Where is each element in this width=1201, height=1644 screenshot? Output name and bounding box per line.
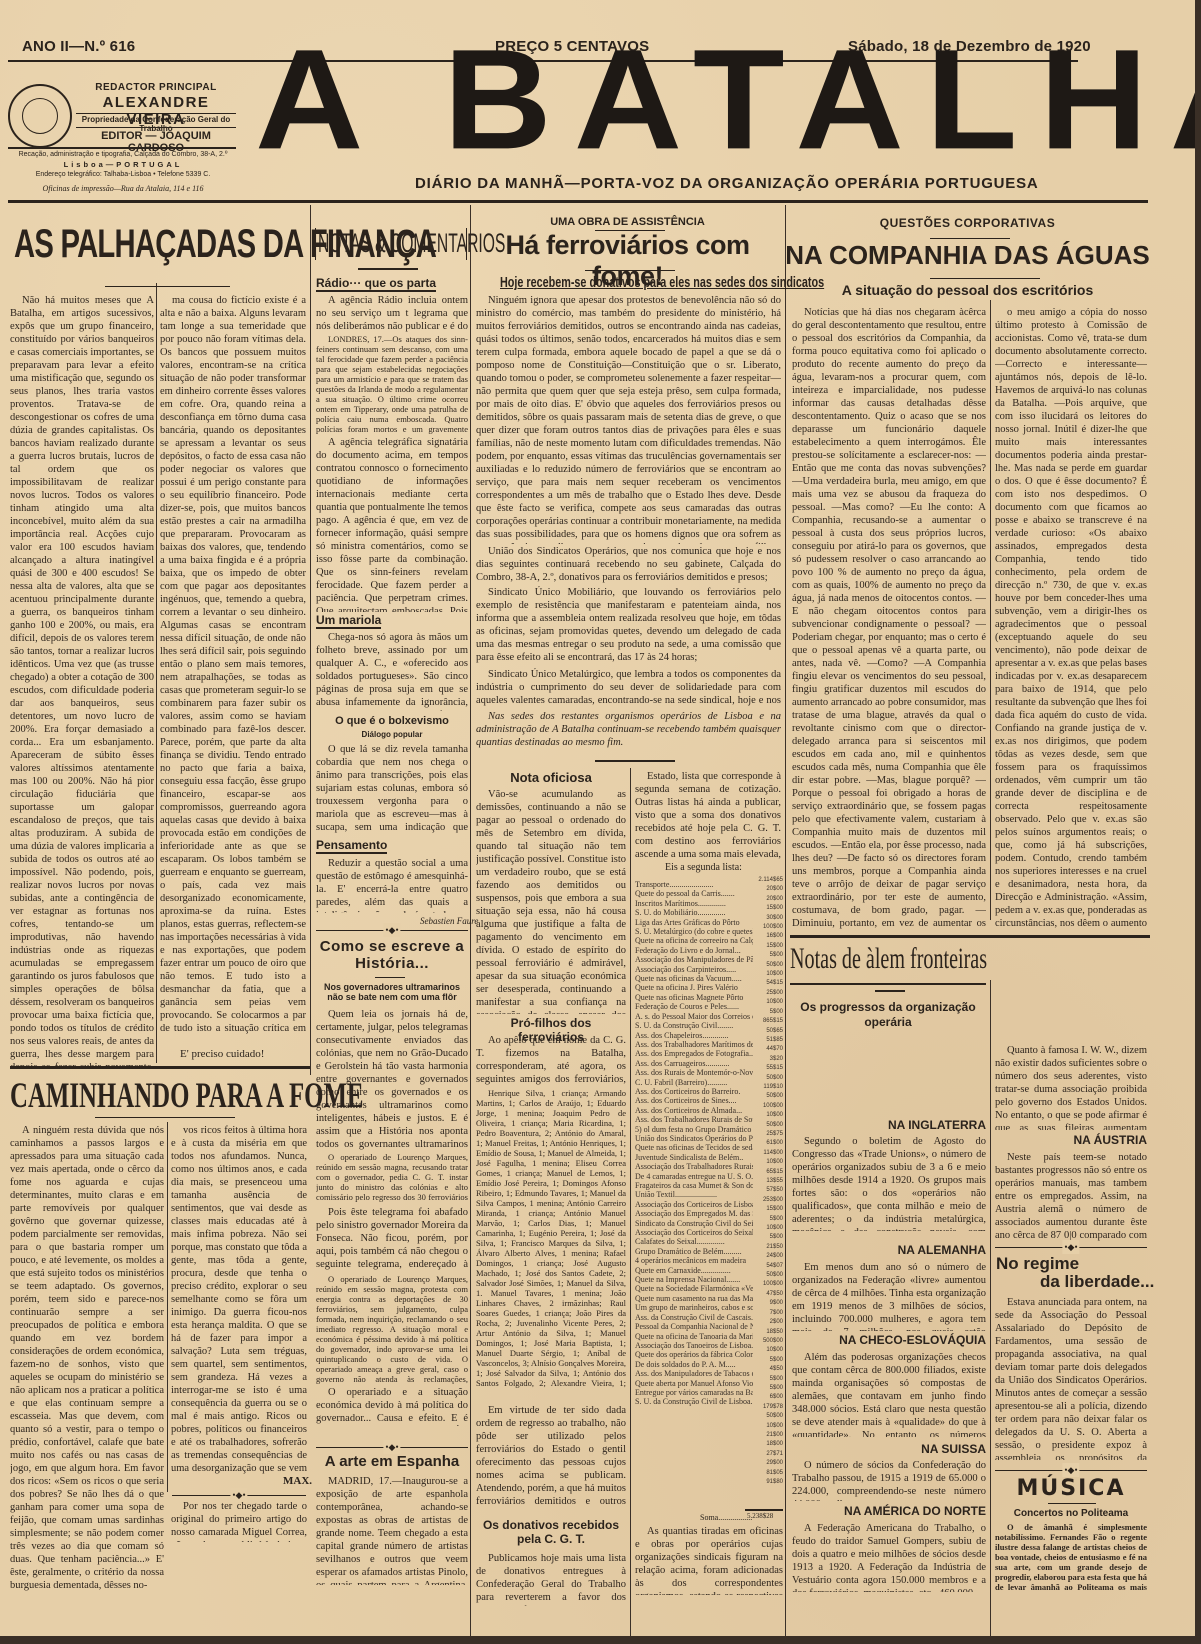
donation-amount: 500$00 [755, 1337, 783, 1346]
newspaper-page: ANO II—N.º 616 PREÇO 5 CENTAVOS Sábado, … [0, 0, 1201, 1644]
column-rule [990, 300, 991, 920]
donation-item: De 4 camaradas entregue na U. S. O. de L… [635, 1172, 753, 1181]
donation-item: Ass. dos Rurais de Montemór-o-Novo......… [635, 1068, 753, 1077]
donation-amount: 5$00 [755, 1008, 783, 1017]
donation-amount: 253$00 [755, 1196, 783, 1205]
donation-amount: 15$00 [755, 904, 783, 913]
donation-item: Ass. dos Corticeiros do Barreiro. [635, 1087, 753, 1096]
donation-amount: 57$50 [755, 1186, 783, 1195]
tagline: DIÁRIO DA MANHÃ—PORTA-VOZ DA ORGANIZAÇÃO… [415, 175, 1039, 192]
headline-arte: A arte em Espanha [316, 1453, 468, 1470]
austria-heading: NA ÁUSTRIA [995, 1133, 1147, 1147]
ferroviarios-mobiliario: Sindicato Único Mobiliário, que louvando… [476, 586, 781, 666]
donation-amount: 865$15 [755, 1017, 783, 1026]
donation-item: Quete na oficina J. Pires Valério [635, 983, 753, 992]
headline-nota-oficiosa: Nota oficiosa [476, 770, 626, 785]
ornament-divider [172, 1495, 306, 1496]
donation-amount: 51$85 [755, 1036, 783, 1045]
palhacadas-col1: Não há muitos meses que A Batalha, em ar… [10, 294, 154, 1066]
caminhando-signature: MAX. [283, 1475, 312, 1487]
donation-item: Quete do pessoal da Carris....... [635, 889, 753, 898]
country-body-2: Além das poderosas organizações checos q… [792, 1351, 986, 1437]
historia-quote1: O operariado de Lourenço Marques, reúnid… [316, 1152, 468, 1204]
donation-item: Federação de Couros e Peles...... [635, 1002, 753, 1011]
divider [375, 977, 405, 978]
donation-amount: 16$00 [755, 932, 783, 941]
donation-amount: 25$75 [755, 1130, 783, 1139]
mariola-body: Chega-nos só agora às mãos um folheto br… [316, 631, 468, 711]
newspaper-title: A BATALHA [255, 35, 1135, 163]
donation-amount: 9$00 [755, 1299, 783, 1308]
donation-amount: 119$10 [755, 1083, 783, 1092]
pensamento-heading: Pensamento [316, 838, 387, 854]
donation-amount: 20$00 [755, 895, 783, 904]
donation-amount: 50$00 [755, 1121, 783, 1130]
pensamento-signature: Sebastien Faure [420, 916, 478, 926]
ferroviarios-kicker: UMA OBRA DE ASSISTÊNCIA [470, 216, 785, 228]
donation-item: Quete na oficina de correeiro na Calçada… [635, 936, 753, 945]
donation-item: Federação do Livro e do Jornal... [635, 946, 753, 955]
donation-item: Associação dos Trabalhadores Rurais de C… [635, 1162, 753, 1171]
donation-amount: 15$00 [755, 1205, 783, 1214]
headline-aguas: NA COMPANHIA DAS ÁGUAS [785, 240, 1150, 271]
column-rule [156, 283, 157, 1063]
telegraph: Endereço telegráfico: Talhaba-Lisboa • T… [8, 171, 238, 178]
sum-value: 5.238$28 [747, 1512, 773, 1520]
donation-amount: 50$65 [755, 1027, 783, 1036]
issue-number: ANO II—N.º 616 [22, 38, 135, 55]
donation-item: Inscritos Marítimos.............. [635, 899, 753, 908]
donation-item: Juventude Sindicalista de Belém.. [635, 1153, 753, 1162]
donation-amount: 18$50 [755, 1328, 783, 1337]
donation-item: Associação dos Corticeiros do Seixal....… [635, 1228, 753, 1237]
divider [930, 238, 1010, 239]
donativos-body: Publicamos hoje mais uma lista de donati… [476, 1552, 626, 1606]
donation-amount: 6$00 [755, 1393, 783, 1402]
donation-amount: 100$00 [755, 1280, 783, 1289]
donation-amount: 50$00 [755, 1074, 783, 1083]
donation-item: Liga das Artes Gráficas do Pôrto [635, 918, 753, 927]
country-body-1: Em menos dum ano só o número de organiza… [792, 1261, 986, 1331]
donation-item: Quete nas oficinas de Tecidos de seda...… [635, 1143, 753, 1152]
donation-amount: 5$00 [755, 1384, 783, 1393]
headline-fronteiras: Notas de àlem fronteiras [790, 942, 987, 976]
divider [595, 760, 675, 762]
lista-after: As quantias tiradas em oficinas e obras … [635, 1525, 783, 1595]
ornament-divider [316, 1447, 468, 1448]
donation-item: Quete num casamento na rua das Madres...… [635, 1294, 753, 1303]
donation-item: Quete na Imprensa Nacional....... [635, 1275, 753, 1284]
divider [585, 270, 675, 271]
donation-item: Quete nas oficinas Magnete Pôrto [635, 993, 753, 1002]
headline-liberdade-1: No regime [996, 1254, 1079, 1274]
column-rule [990, 980, 991, 1644]
donation-amount: 10$00 [755, 1158, 783, 1167]
musica-body: O de âmanhã é simplesmente notabilíssimo… [995, 1522, 1147, 1592]
divider [10, 1066, 310, 1069]
headline-caminhando: CAMINHANDO PARA A FOME [10, 1074, 364, 1116]
ferroviarios-subhead: Hoje recebem-se donativos para eles nas … [500, 274, 824, 291]
palhacadas-col2: ma cousa do fictício existe é a alta e n… [160, 294, 306, 1034]
historia-subhead: Nos governadores ultramarinos não se bat… [316, 982, 468, 1002]
donation-item: União Textil..................... [635, 1190, 753, 1199]
donation-item: Entregue por vários camaradas na Batalha… [635, 1388, 753, 1397]
donation-item: C. U. Fabril (Barreiro).......... [635, 1078, 753, 1087]
donation-item: Grupo Dramático de Belém......... [635, 1247, 753, 1256]
aguas-col1: Notícias que há dias nos chegaram àcêrca… [792, 306, 986, 930]
headline-historia: Como se escreve a História... [316, 938, 468, 972]
donation-amount: 7$00 [755, 1309, 783, 1318]
donation-amounts: 2.114$6520$0020$0015$0030$00100$0016$001… [755, 876, 783, 1496]
mariola-heading: Um mariola [316, 613, 381, 629]
aguas-col2: o meu amigo a cópia do nosso último prot… [995, 306, 1147, 930]
ferroviarios-body: Ninguém ignora que apesar dos protestos … [476, 294, 781, 544]
donation-amount: 13$55 [755, 1177, 783, 1186]
donation-amount: 24$00 [755, 1252, 783, 1261]
divider [930, 278, 1040, 279]
ornament-divider [995, 1247, 1147, 1248]
iww-body: Quanto à famosa I. W. W., dizem não exis… [995, 1044, 1147, 1130]
donation-amount: 114$00 [755, 1149, 783, 1158]
historia-body2: Pois êste telegrama foi abafado pelo sin… [316, 1206, 468, 1272]
donation-item: Quete dos operários da fábrica Colonial'… [635, 1350, 753, 1359]
divider [358, 268, 418, 270]
donation-item: Calafates do Seixal.............. [635, 1237, 753, 1246]
donation-amount: 5$00 [755, 1233, 783, 1242]
donation-item: União dos Sindicatos Operários do Pôrto.… [635, 1134, 753, 1143]
divider [76, 113, 236, 114]
caminhando-notice: Por nos ter chegado tarde o original do … [171, 1500, 307, 1542]
donation-item: Associação dos Corticeiros de Lisboa....… [635, 1200, 753, 1209]
print-shop: Oficinas de impressão—Rua da Atalaia, 11… [8, 184, 238, 193]
historia-quote2: O operariado de Lourenço Marques, reúnid… [316, 1274, 468, 1384]
fronteiras-subhead: Os progressos da organização operária [790, 1000, 986, 1030]
donation-amount: 20$00 [755, 885, 783, 894]
musica-subhead: Concertos no Politeama [995, 1508, 1147, 1519]
bolchevismo-title: O que é o bolxevismo [316, 715, 468, 727]
bolchevismo-subtitle: Diálogo popular [316, 730, 468, 739]
country-heading-4: NA AMÉRICA DO NORTE [790, 1504, 986, 1518]
donation-amount: 50$00 [755, 961, 783, 970]
donation-item: De dois soldados do P. A. M..... [635, 1360, 753, 1369]
ferroviarios-metalurgico: Sindicato Único Metalúrgico, que lembra … [476, 668, 781, 708]
divider [875, 990, 905, 992]
headline-donativos: Os donativos recebidos pela C. G. T. [476, 1518, 626, 1546]
pro-filhos-body: Ao apêlo que em nome da C. G. T. fizemos… [476, 1034, 626, 1086]
cgt-seal-icon [8, 84, 72, 148]
donation-item: Associação dos Carpinteiros..... [635, 965, 753, 974]
redactor-label: REDACTOR PRINCIPAL [76, 82, 236, 93]
donation-amount: 50$00 [755, 1412, 783, 1421]
divider [8, 147, 236, 149]
column-rule [785, 205, 786, 1644]
donation-item: 4 operários mecânicos em madeira [635, 1256, 753, 1265]
column-rule [167, 1122, 168, 1492]
divider [105, 286, 230, 287]
divider [95, 1117, 235, 1118]
donation-amount: 50$00 [755, 1092, 783, 1101]
donation-amount: 2$00 [755, 1318, 783, 1327]
palhacadas-closing: E' preciso cuidado! [180, 1048, 264, 1060]
ornament-divider [316, 930, 468, 931]
masthead-rule [8, 200, 1148, 203]
donation-amount: 10$00 [755, 1422, 783, 1431]
column-rule [310, 205, 311, 1075]
radio-body2: A agência telegráfica signatária do docu… [316, 436, 468, 612]
radio-body: A agência Rádio incluia ontem no seu ser… [316, 294, 468, 334]
nota-oficiosa-body: Vão-se acumulando as demissões, continua… [476, 788, 626, 1014]
donation-item: Fragateiros da casa Mumet & Son do Seixa… [635, 1181, 753, 1190]
donation-amount: 4$50 [755, 1365, 783, 1374]
donation-amount: 81$05 [755, 1469, 783, 1478]
arte-body: MADRID, 17.—Inaugurou-se a exposição de … [316, 1475, 468, 1585]
donation-amount: 55$15 [755, 1064, 783, 1073]
donation-amount: 21$00 [755, 1431, 783, 1440]
donation-item: Quete na oficina de Tanoaria da Marinha … [635, 1332, 753, 1341]
donation-item: Ass. dos Chapeleiros............. [635, 1031, 753, 1040]
ferroviarios-closing: Nas sedes dos restantes organismos operá… [476, 710, 781, 750]
donation-amount: 3$20 [755, 1055, 783, 1064]
donation-item: S. U. do Mobiliário.............. [635, 908, 753, 917]
donation-amount: 65$15 [755, 1168, 783, 1177]
donation-item: Quete nas oficinas da Vacuum..... [635, 974, 753, 983]
lista-intro: Estado, lista que corresponde à segunda … [635, 770, 781, 860]
divider [745, 1509, 783, 1511]
donation-item: Pessoal da Companhia Nacional de Navegaç… [635, 1322, 753, 1331]
donation-item: Ass. dos Trabalhadores Marítimos de Leça… [635, 1040, 753, 1049]
donation-item: Quete em Carnaxide............... [635, 1266, 753, 1275]
country-heading-1: NA ALEMANHA [790, 1243, 986, 1257]
sum-label: Soma................. [700, 1513, 752, 1522]
donation-item: Ass. dos Corticeiros de Sines.... [635, 1096, 753, 1105]
radio-quote: LONDRES, 17.—Os ataques dos sinn-feiners… [316, 334, 468, 434]
donation-amount: 91$80 [755, 1478, 783, 1487]
donation-amount: 54$15 [755, 979, 783, 988]
aguas-kicker: QUESTÕES CORPORATIVAS [785, 216, 1150, 230]
donation-amount: 5$00 [755, 1356, 783, 1365]
address: Recação, administração e tipografia, Cal… [8, 151, 238, 158]
donation-item: Sindicato da Construção Civil do Seixal.… [635, 1219, 753, 1228]
ornament-divider [995, 1470, 1147, 1471]
donation-item: A. s. do Pessoal Maior dos Correios e Te… [635, 1012, 753, 1021]
donation-amount: 179$78 [755, 1403, 783, 1412]
donation-amount: 100$00 [755, 923, 783, 932]
donation-amount: 27$71 [755, 1450, 783, 1459]
donation-amount: 50$00 [755, 1271, 783, 1280]
donation-item: Transporte...................... [635, 880, 753, 889]
donation-amount: 10$00 [755, 1346, 783, 1355]
donation-item: Quete aberta por Manuel Afonso Violtes e… [635, 1379, 753, 1388]
donation-item: Associação dos Empregados M. das Secreta… [635, 1209, 753, 1218]
donation-item: 5) ol dum festa no Grupo Dramático de Be… [635, 1125, 753, 1134]
donation-item: S. U. da Construção Civil de Lisboa.....… [635, 1397, 753, 1406]
donation-item: Ass. dos Carruageiros............ [635, 1059, 753, 1068]
caminhando-col2: vos ricos feitos à última hora e à custa… [171, 1124, 307, 1474]
donation-item: Ass. dos Manipuladores de Tabacos de Lis… [635, 1369, 753, 1378]
donation-amount: 10$00 [755, 970, 783, 979]
country-heading-0: NA INGLATERRA [790, 1118, 986, 1132]
caminhando-col1: A ninguém resta dúvida que nós caminhamo… [10, 1124, 164, 1626]
divider [790, 983, 986, 985]
radio-heading: Rádio··· que os parta [316, 276, 436, 292]
donation-amount: 21$50 [755, 1243, 783, 1252]
donation-amount: 2.114$65 [755, 876, 783, 885]
donation-amount: 10$00 [755, 998, 783, 1007]
donation-item: S. U. Metalúrgico (do cobre e quetes)...… [635, 927, 753, 936]
donation-item: Ass. dos Corticeiros de Almada... [635, 1106, 753, 1115]
donation-amount: 18$00 [755, 1440, 783, 1449]
divider [790, 935, 1150, 938]
donation-amount: 25$00 [755, 989, 783, 998]
lista-intro2: Eis a segunda lista: [665, 862, 742, 873]
donation-amount: 54$07 [755, 1262, 783, 1271]
divider [1048, 1503, 1096, 1504]
donation-item: S. U. da Construção Civil........ [635, 1021, 753, 1030]
ferroviarios-usi: União dos Sindicatos Operários, que nos … [476, 545, 781, 585]
donation-amount: 10$00 [755, 1224, 783, 1233]
pro-filhos-list: Henrique Silva, 1 criança; Armando Marti… [476, 1088, 626, 1388]
headline-musica: MÚSICA [995, 1476, 1147, 1501]
country-body-3: O número de sócios da Confederação do Tr… [792, 1459, 986, 1501]
bolchevismo-body: O que lá se diz revela tamanha cobardia … [316, 743, 468, 833]
aguas-subhead: A situação do pessoal dos escritórios [785, 282, 1150, 298]
country-body-4: A Federação Americana do Trabalho, o feu… [792, 1522, 986, 1592]
donation-item: Associação dos Manipuladores de Pão de L… [635, 955, 753, 964]
pro-filhos-closing: Em virtude de ter sido dada ordem de reg… [476, 1404, 626, 1510]
donation-amount: 44$70 [755, 1045, 783, 1054]
liberdade-body: Estava anunciada para ontem, na sede da … [995, 1296, 1147, 1460]
historia-body3: O operariado e a situação económica devi… [316, 1386, 468, 1426]
donation-item: Ass. dos Empregados de Fotografia.......… [635, 1049, 753, 1058]
donation-amount: 30$00 [755, 914, 783, 923]
city: Lisboa—PORTUGAL [8, 160, 238, 169]
donation-item: Quete na Sociedade Filarmónica «Verdi»..… [635, 1284, 753, 1293]
historia-body1: Quem leia os jornais há de, certamente, … [316, 1008, 468, 1150]
donation-amount: 10$00 [755, 1111, 783, 1120]
donation-item: Um grupo de marinheiros, cabos e soldado… [635, 1303, 753, 1312]
donation-amount: 29$00 [755, 1459, 783, 1468]
country-heading-2: NA CHECO-ESLOVÁQUIA [790, 1333, 986, 1347]
pensamento-body: Reduzir a questão social a uma questão d… [316, 857, 468, 913]
austria-body: Neste país teem-se notado bastantes prog… [995, 1151, 1147, 1241]
donation-amount: 100$00 [755, 1102, 783, 1111]
country-body-0: Segundo o boletim de Agosto do Congresso… [792, 1135, 986, 1231]
donation-amount: 5$00 [755, 1375, 783, 1384]
country-heading-3: NA SUISSA [790, 1442, 986, 1456]
donation-amount: 47$50 [755, 1290, 783, 1299]
donation-amount: 15$00 [755, 942, 783, 951]
donation-item: Associação dos Tanoeiros de Lisboa......… [635, 1341, 753, 1350]
donation-list: Transporte......................Quete do… [635, 880, 753, 1520]
donation-amount: 5$00 [755, 1215, 783, 1224]
headline-liberdade-2: da liberdade... [1040, 1272, 1154, 1292]
donation-amount: 5$00 [755, 951, 783, 960]
donation-item: Ass. dos Trabalhadores Rurais de Souzel.… [635, 1115, 753, 1124]
divider [76, 127, 236, 128]
donation-amount: 61$00 [755, 1139, 783, 1148]
donation-item: Ass. da Construção Civil de Cascais.....… [635, 1313, 753, 1322]
column-rule [630, 768, 631, 1644]
